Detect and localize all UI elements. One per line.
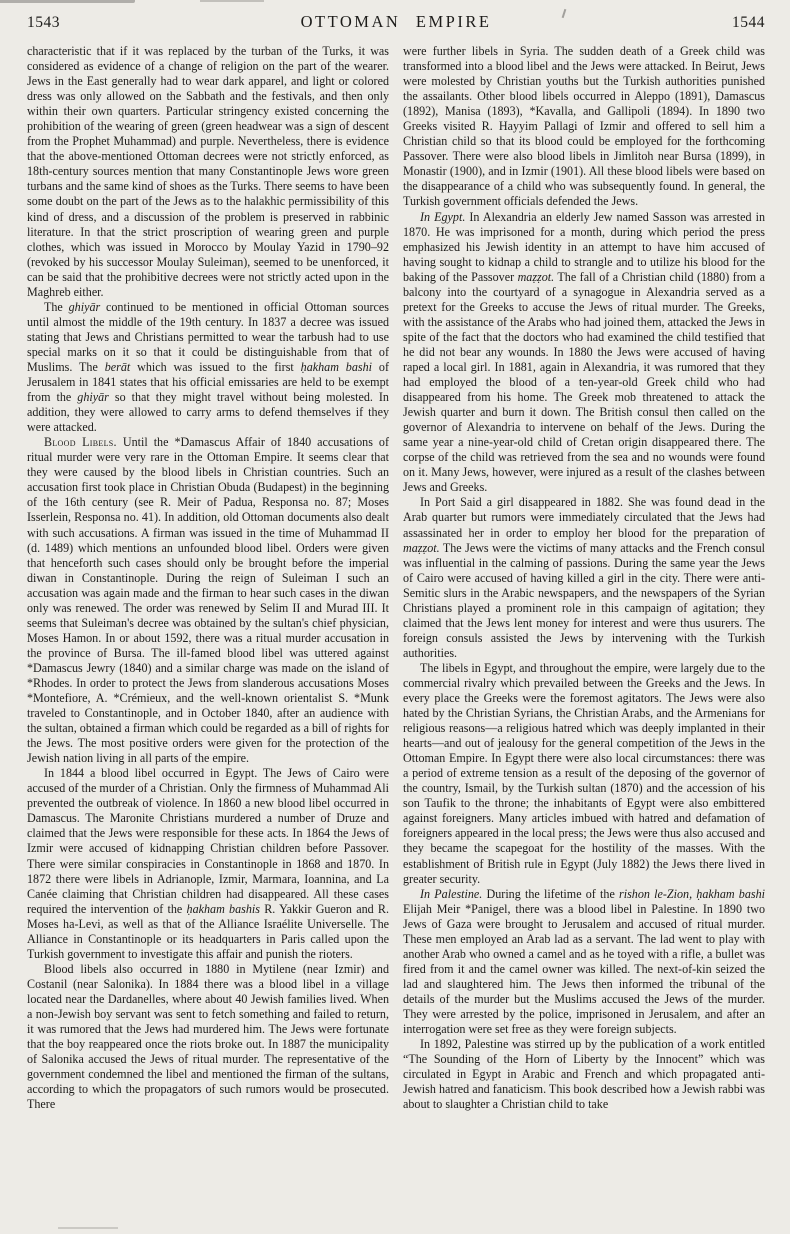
column-left: characteristic that if it was replaced b…	[27, 44, 389, 1112]
italic-text: maẓẓot.	[403, 541, 440, 555]
italic-text: berāt	[105, 360, 131, 374]
body-text: The libels in Egypt, and throughout the …	[403, 661, 765, 886]
body-text: were further libels in Syria. The sudden…	[403, 44, 765, 208]
body-text: The fall of a Christian child (1880) fro…	[403, 270, 765, 495]
paragraph: In Egypt. In Alexandria an elderly Jew n…	[403, 210, 765, 496]
body-text: The Jews were the victims of many attack…	[403, 541, 765, 660]
column-right: were further libels in Syria. The sudden…	[403, 44, 765, 1112]
page-number-left: 1543	[27, 14, 97, 32]
italic-text: In Palestine.	[420, 887, 482, 901]
body-text: characteristic that if it was replaced b…	[27, 44, 389, 299]
italic-text: ghiyār	[69, 300, 101, 314]
italic-text: ḥakham bashis	[187, 902, 260, 916]
paragraph: In Palestine. During the lifetime of the…	[403, 887, 765, 1037]
paragraph: In 1892, Palestine was stirred up by the…	[403, 1037, 765, 1112]
body-text: Until the *Damascus Affair of 1840 accus…	[27, 435, 389, 765]
encyclopedia-page: 1543 OTTOMAN EMPIRE 1544 characteristic …	[0, 0, 790, 1234]
body-text: In Port Said a girl disappeared in 1882.…	[403, 495, 765, 539]
body-text: During the lifetime of the	[482, 887, 619, 901]
page-header: 1543 OTTOMAN EMPIRE 1544	[27, 12, 765, 32]
italic-text: In Egypt.	[420, 210, 465, 224]
article-body: characteristic that if it was replaced b…	[27, 44, 765, 1112]
page-title: OTTOMAN EMPIRE	[97, 12, 695, 32]
italic-text: rishon le-Zion, ḥakham bashi	[619, 887, 765, 901]
paragraph: were further libels in Syria. The sudden…	[403, 44, 765, 210]
scan-smudge-top-center	[200, 0, 264, 2]
body-text: which was issued to the first	[130, 360, 300, 374]
body-text: In 1844 a blood libel occurred in Egypt.…	[27, 766, 389, 915]
body-text: Blood libels also occurred in 1880 in My…	[27, 962, 389, 1111]
paragraph: In 1844 a blood libel occurred in Egypt.…	[27, 766, 389, 962]
paragraph: The ghiyār continued to be mentioned in …	[27, 300, 389, 435]
italic-text: ghiyār	[77, 390, 109, 404]
paragraph: characteristic that if it was replaced b…	[27, 44, 389, 300]
scan-smudge-bottom-left	[58, 1227, 118, 1229]
body-text: Elijah Meir *Panigel, there was a blood …	[403, 902, 765, 1036]
small-caps-heading: Blood Libels.	[44, 435, 117, 449]
paragraph: Blood Libels. Until the *Damascus Affair…	[27, 435, 389, 766]
page-number-right: 1544	[695, 14, 765, 32]
paragraph: Blood libels also occurred in 1880 in My…	[27, 962, 389, 1112]
body-text: The	[44, 300, 69, 314]
italic-text: ḥakham bashi	[301, 360, 372, 374]
italic-text: maẓẓot.	[518, 270, 555, 284]
scan-smudge-top-left	[0, 0, 135, 3]
body-text: In 1892, Palestine was stirred up by the…	[403, 1037, 765, 1111]
paragraph: The libels in Egypt, and throughout the …	[403, 661, 765, 887]
paragraph: In Port Said a girl disappeared in 1882.…	[403, 495, 765, 661]
